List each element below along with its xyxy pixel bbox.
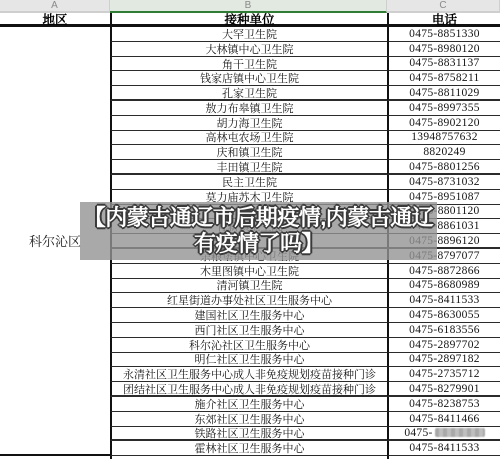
headline-line-2: 有疫情了吗】 <box>194 231 323 257</box>
headline-overlay: 【内蒙古通辽市后期疫情,内蒙古通辽 有疫情了吗】 <box>80 202 437 260</box>
phone-text: 8820249 <box>423 146 465 158</box>
phone-text: 0475-8831137 <box>409 57 479 69</box>
unit-cell[interactable]: 大罕卫生院 <box>110 27 387 42</box>
unit-cell[interactable]: 胡力海卫生院 <box>110 116 387 131</box>
unit-cell[interactable]: 角干卫生院 <box>110 57 387 72</box>
unit-cell[interactable]: 高林屯农场卫生院 <box>110 131 387 146</box>
phone-text: 0475-6183556 <box>409 324 480 336</box>
unit-cell[interactable]: 东郊社区卫生服务中心 <box>110 412 387 427</box>
phone-text: 13948757632 <box>411 131 478 143</box>
phone-cell[interactable]: 0475-8238753 <box>387 397 500 412</box>
phone-cell[interactable]: 0475-8279901 <box>387 382 500 397</box>
unit-cell[interactable]: 明仁社区卫生服务中心 <box>110 353 387 368</box>
phone-cell[interactable]: 0475-8680989 <box>387 279 500 294</box>
phone-cell[interactable]: 8820249 <box>387 145 500 160</box>
table-header-row: 地区 接种单位 电话 <box>0 13 500 27</box>
unit-cell[interactable]: 科尔沁社区卫生服务中心 <box>110 338 387 353</box>
phone-cell[interactable]: 0475-6183556 <box>387 323 500 338</box>
phone-text: 0475-8997355 <box>409 102 480 114</box>
phone-cell[interactable]: 0475-2897702 <box>387 338 500 353</box>
unit-cell[interactable]: 孔家卫生院 <box>110 86 387 101</box>
phone-text: 0475-8411533 <box>409 442 479 454</box>
unit-cell[interactable]: 铁路社区卫生服务中心 <box>110 427 387 442</box>
phone-text: 0475-8680989 <box>409 279 480 291</box>
phone-text: 0475-8851330 <box>409 28 480 40</box>
unit-cell[interactable]: 丰田镇卫生院 <box>110 160 387 175</box>
headline-line-1: 【内蒙古通辽市后期疫情,内蒙古通辽 <box>84 205 434 231</box>
phone-cell[interactable]: 0475-8630055 <box>387 308 500 323</box>
phone-text: 0475-2897182 <box>409 353 480 365</box>
unit-cell[interactable]: 民主卫生院 <box>110 175 387 190</box>
header-phone[interactable]: 电话 <box>387 13 500 27</box>
phone-text: 0475-8630055 <box>409 309 480 321</box>
phone-text: 0475-8811029 <box>409 87 479 99</box>
phone-text: 0475-8411533 <box>409 294 479 306</box>
phone-text: 0475-8902120 <box>409 117 480 129</box>
unit-cell[interactable]: 永清社区卫生服务中心成人非免疫规划疫苗接种门诊 <box>110 367 387 382</box>
unit-cell[interactable]: 木里图镇中心卫生院 <box>110 264 387 279</box>
phone-cell[interactable]: 0475-8411533 <box>387 293 500 308</box>
unit-cell[interactable]: 钱家店镇中心卫生院 <box>110 71 387 86</box>
phone-text: 0475-2897702 <box>409 339 480 351</box>
unit-cell[interactable]: 庆和镇卫生院 <box>110 145 387 160</box>
phone-cell[interactable]: 0475-2735712 <box>387 367 500 382</box>
phone-cell[interactable]: 0475-8758211 <box>387 71 500 86</box>
phone-text: 0475-8238753 <box>409 398 480 410</box>
phone-text: 0475-8411466 <box>409 413 479 425</box>
header-region[interactable]: 地区 <box>0 13 110 27</box>
phone-cell[interactable]: 0475-8902120 <box>387 116 500 131</box>
unit-cell[interactable]: 团结社区卫生服务中心成人非免疫规划疫苗接种门诊 <box>110 382 387 397</box>
phone-text: 0475-8980120 <box>409 43 480 55</box>
phone-text: 0475-8279901 <box>409 383 480 395</box>
phone-cell[interactable]: 0475-8851330 <box>387 27 500 42</box>
phone-cell[interactable]: 0475-8801256 <box>387 160 500 175</box>
phone-cell[interactable]: 0475-8731032 <box>387 175 500 190</box>
unit-cell[interactable]: 建国社区卫生服务中心 <box>110 308 387 323</box>
phone-text: 0475-8951087 <box>409 191 480 203</box>
phone-text: 0475-2735712 <box>409 368 480 380</box>
unit-cell[interactable]: 清河镇卫生院 <box>110 279 387 294</box>
phone-text: 0475-8872866 <box>409 265 480 277</box>
phone-cell[interactable]: 0475-8831137 <box>387 57 500 72</box>
phone-text: 0475-8801256 <box>409 161 480 173</box>
phone-cell[interactable]: 0475-8411466 <box>387 412 500 427</box>
phone-text: 0475-8731032 <box>409 176 480 188</box>
phone-cell[interactable]: 0475-8997355 <box>387 101 500 116</box>
unit-cell[interactable]: 敖力布皋镇卫生院 <box>110 101 387 116</box>
watermark-smudge <box>435 428 485 437</box>
spreadsheet-view: A B C 地区 接种单位 电话 大罕卫生院0475-8851330大林镇中心卫… <box>0 0 500 459</box>
unit-cell[interactable]: 西门社区卫生服务中心 <box>110 323 387 338</box>
phone-cell[interactable]: 0475-8411533 <box>387 441 500 456</box>
unit-cell[interactable]: 红星街道办事处社区卫生服务中心 <box>110 293 387 308</box>
phone-text: 0475- <box>404 427 432 439</box>
phone-cell[interactable]: 0475-8872866 <box>387 264 500 279</box>
phone-cell[interactable]: 13948757632 <box>387 131 500 146</box>
phone-cell[interactable]: 0475-2897182 <box>387 353 500 368</box>
unit-cell[interactable]: 施介社区卫生服务中心 <box>110 397 387 412</box>
header-unit[interactable]: 接种单位 <box>110 13 387 27</box>
unit-cell[interactable]: 霍林社区卫生服务中心 <box>110 441 387 456</box>
unit-cell[interactable]: 大林镇中心卫生院 <box>110 42 387 57</box>
phone-cell[interactable]: 0475-8980120 <box>387 42 500 57</box>
phone-cell[interactable]: 0475-8811029 <box>387 86 500 101</box>
phone-cell[interactable]: 0475- <box>387 427 500 442</box>
phone-text: 0475-8758211 <box>409 72 479 84</box>
